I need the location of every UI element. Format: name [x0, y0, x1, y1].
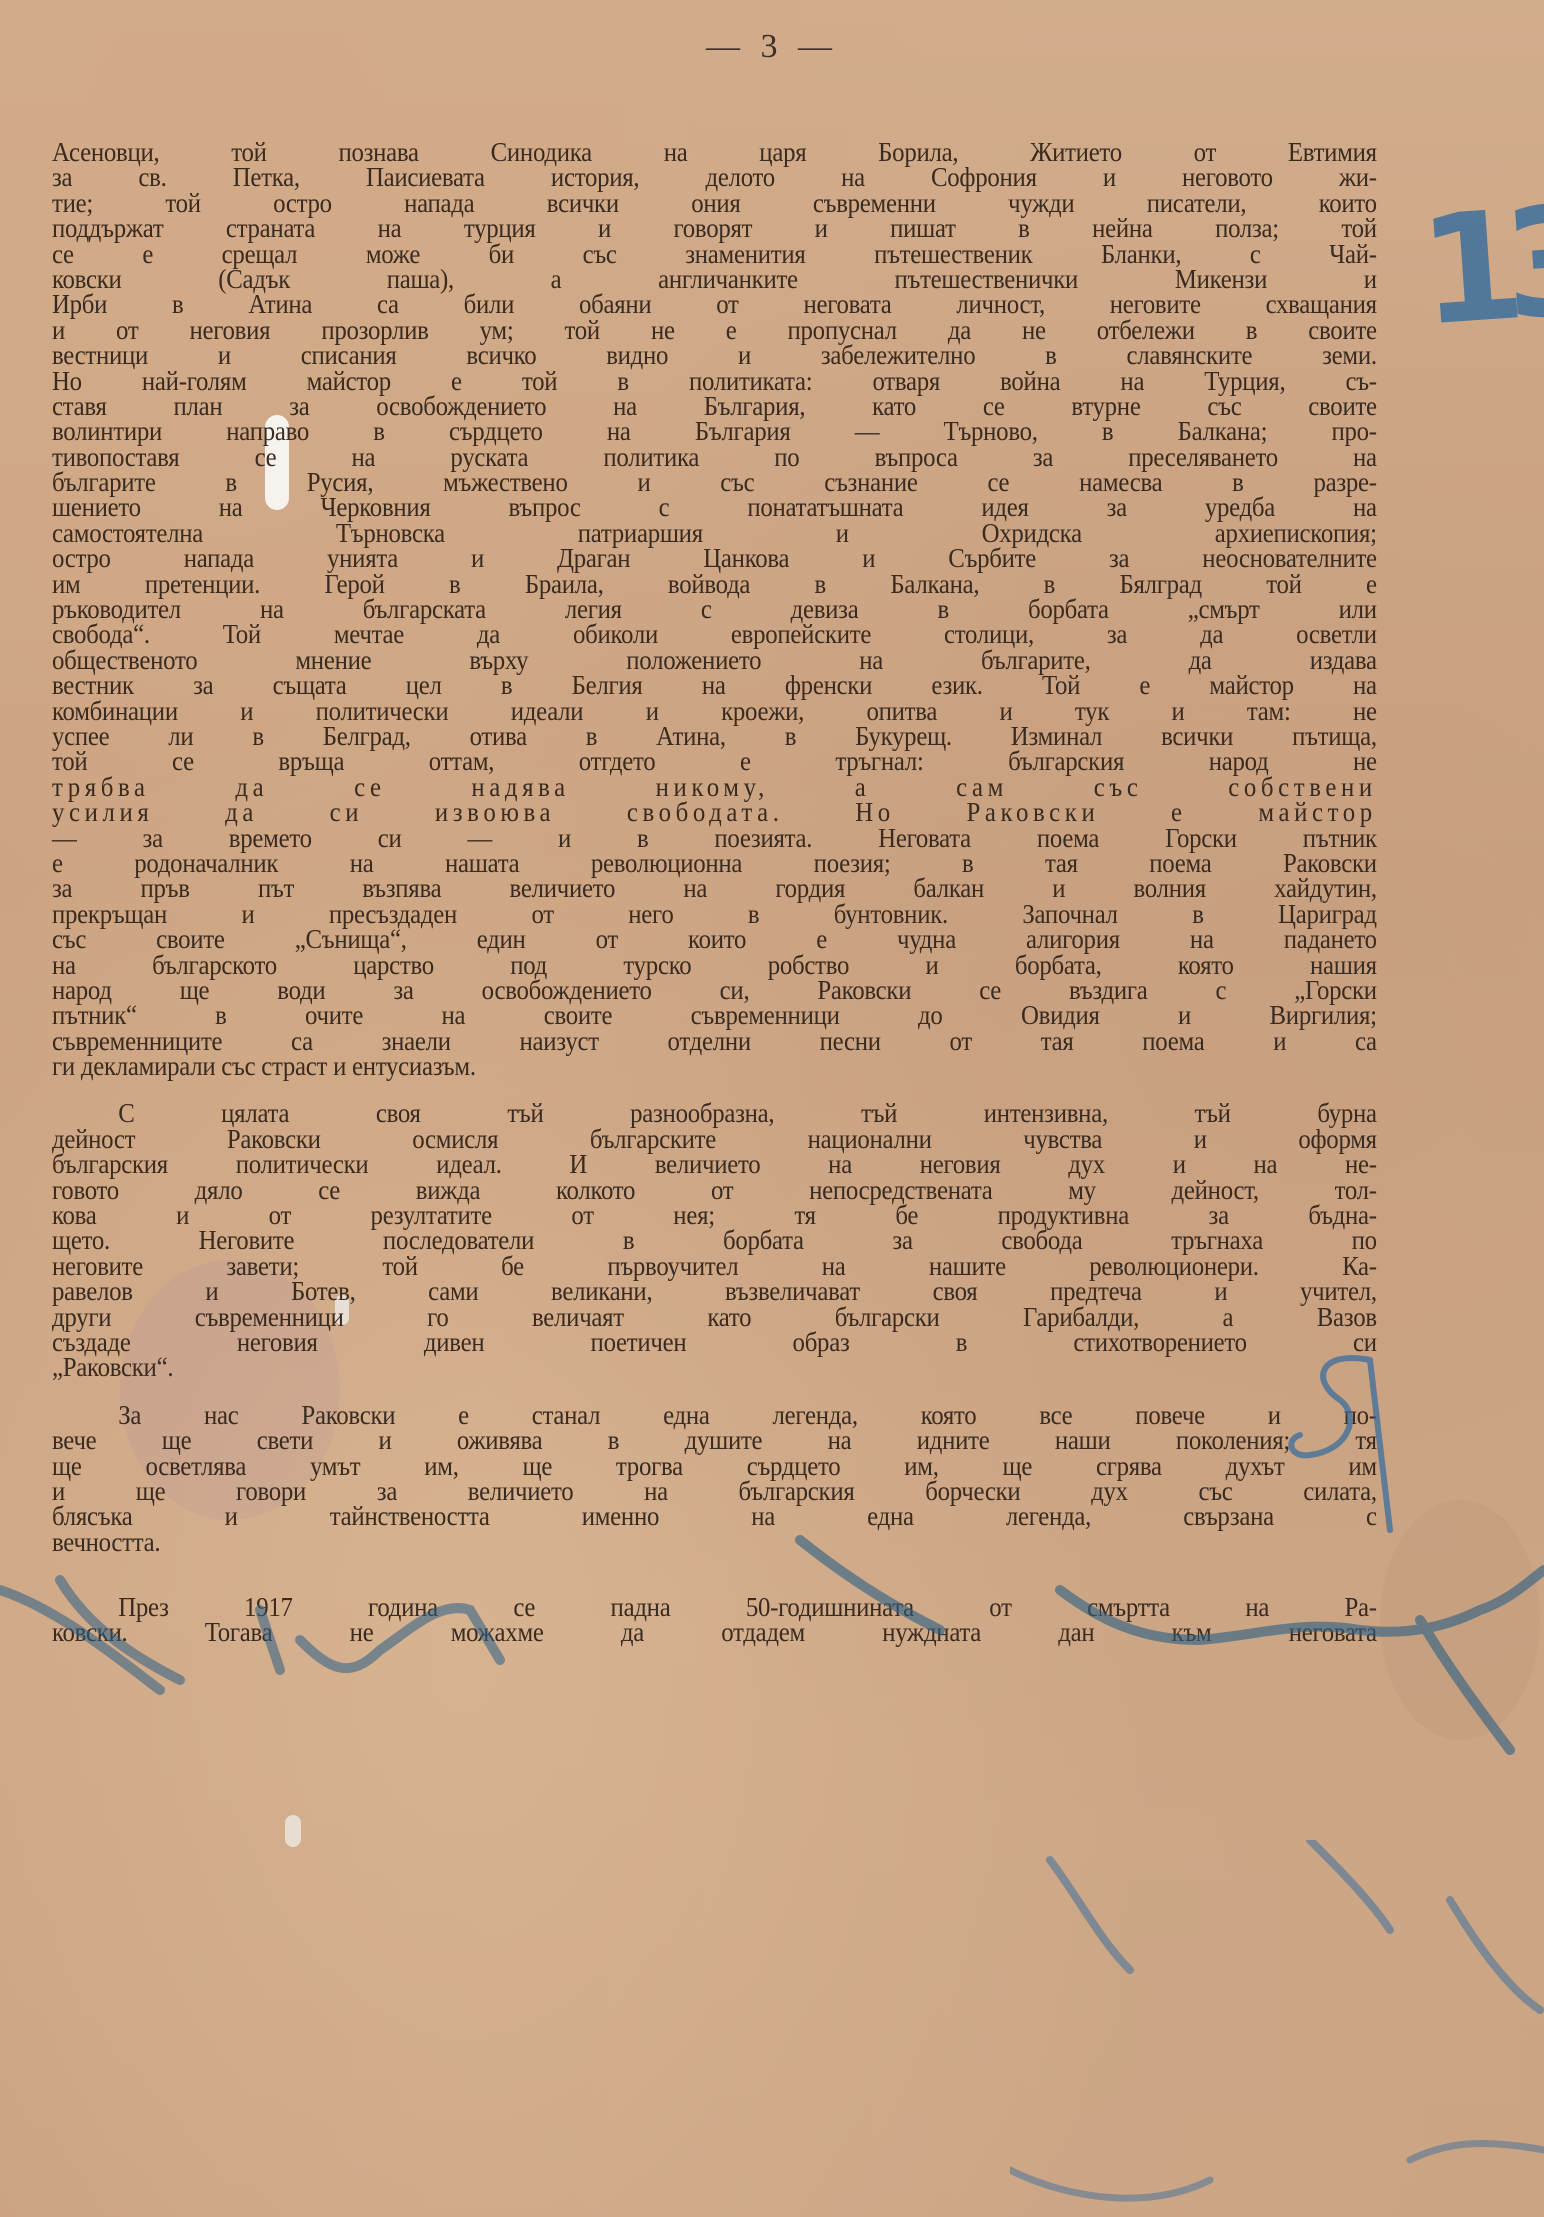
paper-tear-small — [285, 1815, 301, 1847]
text-line: „Раковски“. — [52, 1355, 1377, 1380]
paragraph-1: Асеновци, той познава Синодика на царя Б… — [52, 140, 1332, 1079]
text-line: създаде неговия дивен поетичен образ в с… — [52, 1330, 1377, 1355]
document-body: Асеновци, той познава Синодика на царя Б… — [52, 140, 1332, 1646]
handwritten-signature-icon — [0, 1520, 1544, 1780]
handwritten-scribble-icon — [1280, 1340, 1480, 1540]
text-line: ги декламирали със страст и ентусиазъм. — [52, 1054, 1377, 1079]
handwritten-number-mark: 13 — [1414, 174, 1544, 359]
paragraph-2: С цялата своя тъй разнообразна, тъй инте… — [52, 1101, 1332, 1380]
handwritten-lower-scribble-icon — [1010, 1840, 1544, 2217]
page-number: — 3 — — [0, 28, 1544, 66]
